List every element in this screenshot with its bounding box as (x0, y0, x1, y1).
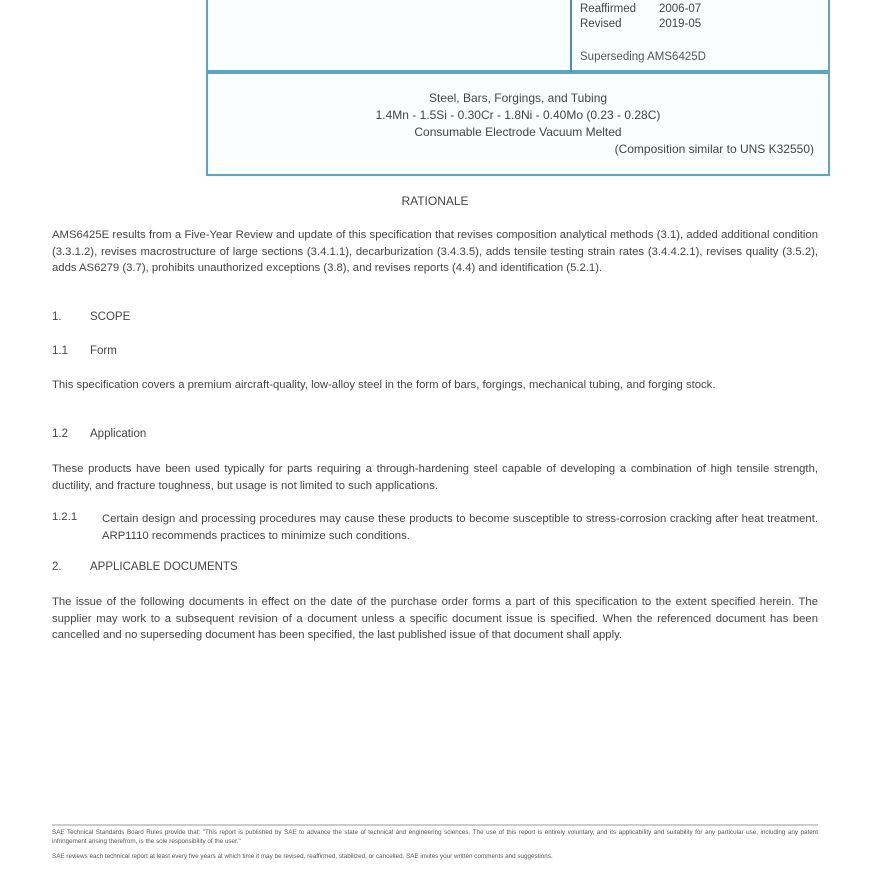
header-box (206, 0, 830, 72)
section-1-1-title: Form (90, 345, 117, 357)
section-1-2-heading: 1.2Application (52, 428, 146, 440)
section-1-heading: 1.SCOPE (52, 311, 130, 323)
title-line-4: (Composition similar to UNS K32550) (208, 141, 828, 158)
section-1-1-text: This specification covers a premium airc… (52, 377, 818, 394)
footer-divider (52, 824, 818, 826)
footer-disclaimer: SAE Technical Standards Board Rules prov… (52, 829, 818, 846)
section-1-2-title: Application (90, 428, 146, 440)
header-divider (570, 0, 572, 72)
title-line-2: 1.4Mn - 1.5Si - 0.30Cr - 1.8Ni - 0.40Mo … (208, 107, 828, 124)
section-1-number: 1. (52, 311, 90, 323)
section-1-2-number: 1.2 (52, 428, 90, 440)
revised-label: Revised (580, 17, 659, 32)
section-1-2-1-number: 1.2.1 (52, 511, 77, 523)
revision-dates: Reaffirmed 2006-07 Revised 2019-05 (580, 2, 701, 32)
section-1-2-text: These products have been used typically … (52, 461, 818, 494)
reaffirmed-row: Reaffirmed 2006-07 (580, 2, 701, 17)
reaffirmed-label: Reaffirmed (580, 2, 659, 17)
revised-row: Revised 2019-05 (580, 17, 701, 32)
title-line-3: Consumable Electrode Vacuum Melted (208, 124, 828, 141)
section-2-title: APPLICABLE DOCUMENTS (90, 561, 238, 573)
footer-review-note: SAE reviews each technical report at lea… (52, 853, 818, 862)
rationale-text: AMS6425E results from a Five-Year Review… (52, 227, 818, 277)
section-2-number: 2. (52, 561, 90, 573)
title-block: Steel, Bars, Forgings, and Tubing 1.4Mn … (206, 72, 830, 176)
revised-value: 2019-05 (659, 17, 701, 32)
section-1-title: SCOPE (90, 311, 130, 323)
section-2-heading: 2.APPLICABLE DOCUMENTS (52, 561, 238, 573)
section-2-text: The issue of the following documents in … (52, 594, 818, 644)
reaffirmed-value: 2006-07 (659, 2, 701, 17)
section-1-1-heading: 1.1Form (52, 345, 117, 357)
title-line-1: Steel, Bars, Forgings, and Tubing (208, 90, 828, 107)
superseding-note: Superseding AMS6425D (580, 51, 706, 63)
section-1-2-1-text: Certain design and processing procedures… (102, 511, 818, 544)
section-1-1-number: 1.1 (52, 345, 90, 357)
rationale-heading: RATIONALE (0, 194, 870, 208)
